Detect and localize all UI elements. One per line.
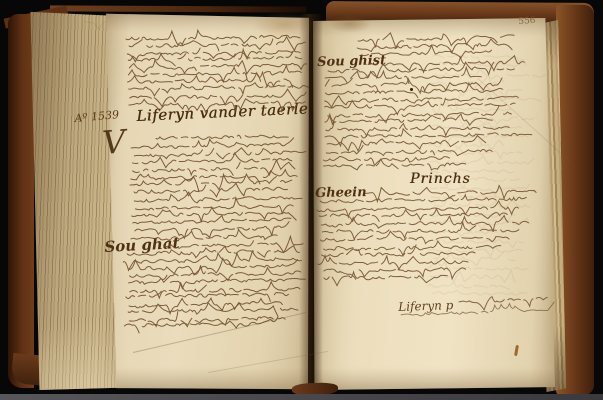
scan-bed-strip [0, 394, 603, 400]
book-cover-top-edge-left [50, 5, 306, 12]
book-cover-left [8, 14, 34, 388]
page-stain [253, 12, 315, 38]
manuscript-photo: Aº 1539 Liferyn vander taerle V Sou ghat… [0, 0, 603, 400]
right-page [313, 18, 555, 390]
page-stain [328, 15, 372, 33]
gutter-shadow [299, 14, 323, 392]
ink-dot [410, 88, 413, 91]
left-page [103, 13, 309, 390]
